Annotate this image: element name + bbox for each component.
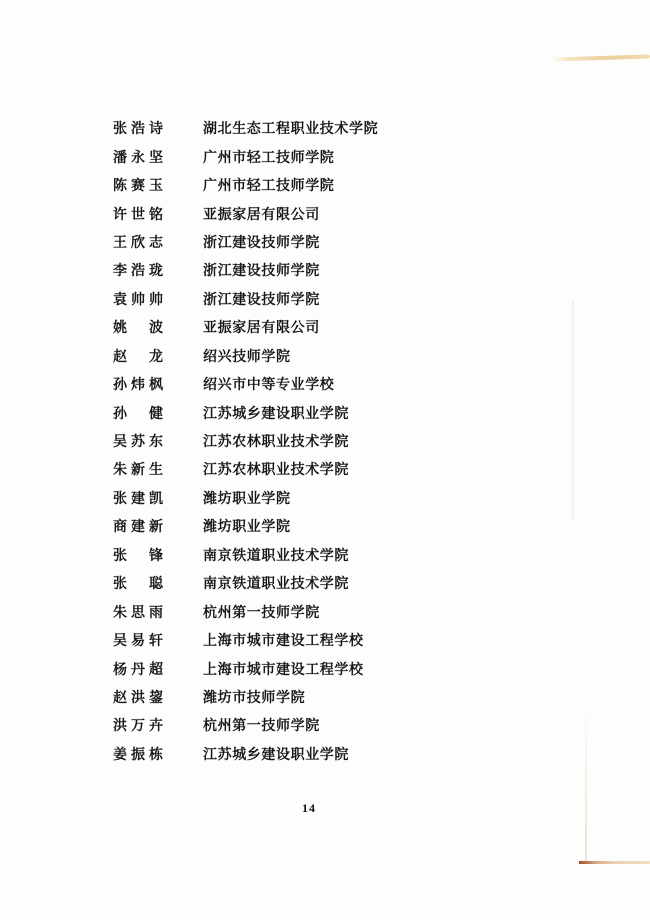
institution-name: 上海市城市建设工程学校 xyxy=(203,630,364,650)
roster-row: 许世铭 亚振家居有限公司 xyxy=(113,199,378,227)
person-name: 袁帅帅 xyxy=(113,289,203,309)
roster-row: 姜振栋 江苏城乡建设职业学院 xyxy=(113,740,378,768)
roster-row: 赵洪鋆 潍坊市技师学院 xyxy=(113,683,378,711)
scan-mark-vertical-faint xyxy=(572,300,574,520)
person-name: 姚 波 xyxy=(113,317,203,337)
institution-name: 南京铁道职业技术学院 xyxy=(203,545,349,565)
institution-name: 广州市轻工技师学院 xyxy=(203,147,334,167)
person-name: 赵洪鋆 xyxy=(113,687,203,707)
roster-row: 潘永坚 广州市轻工技师学院 xyxy=(113,142,378,170)
institution-name: 南京铁道职业技术学院 xyxy=(203,573,349,593)
institution-name: 浙江建设技师学院 xyxy=(203,232,320,252)
roster-row: 杨丹超 上海市城市建设工程学校 xyxy=(113,654,378,682)
scan-mark-bottom-right xyxy=(579,861,650,864)
person-name: 潘永坚 xyxy=(113,147,203,167)
institution-name: 上海市城市建设工程学校 xyxy=(203,659,364,679)
roster-row: 洪万卉 杭州第一技师学院 xyxy=(113,711,378,739)
roster-list: 张浩诗 湖北生态工程职业技术学院 潘永坚 广州市轻工技师学院 陈赛玉 广州市轻工… xyxy=(113,114,378,768)
roster-row: 商建新 潍坊职业学院 xyxy=(113,512,378,540)
roster-row: 张 聪 南京铁道职业技术学院 xyxy=(113,569,378,597)
institution-name: 浙江建设技师学院 xyxy=(203,289,320,309)
roster-row: 吴易轩 上海市城市建设工程学校 xyxy=(113,626,378,654)
roster-row: 张建凯 潍坊职业学院 xyxy=(113,484,378,512)
roster-row: 孙 健 江苏城乡建设职业学院 xyxy=(113,398,378,426)
roster-row: 陈赛玉 广州市轻工技师学院 xyxy=(113,171,378,199)
person-name: 张浩诗 xyxy=(113,118,203,138)
person-name: 吴苏东 xyxy=(113,431,203,451)
institution-name: 湖北生态工程职业技术学院 xyxy=(203,118,378,138)
person-name: 吴易轩 xyxy=(113,630,203,650)
roster-row: 张浩诗 湖北生态工程职业技术学院 xyxy=(113,114,378,142)
institution-name: 亚振家居有限公司 xyxy=(203,317,320,337)
document-page: 张浩诗 湖北生态工程职业技术学院 潘永坚 广州市轻工技师学院 陈赛玉 广州市轻工… xyxy=(0,0,650,920)
institution-name: 江苏农林职业技术学院 xyxy=(203,459,349,479)
roster-row: 孙炜枫 绍兴市中等专业学校 xyxy=(113,370,378,398)
person-name: 商建新 xyxy=(113,516,203,536)
scan-mark-vertical-right xyxy=(585,700,587,861)
institution-name: 江苏农林职业技术学院 xyxy=(203,431,349,451)
institution-name: 广州市轻工技师学院 xyxy=(203,175,334,195)
person-name: 陈赛玉 xyxy=(113,175,203,195)
person-name: 洪万卉 xyxy=(113,715,203,735)
person-name: 许世铭 xyxy=(113,204,203,224)
institution-name: 亚振家居有限公司 xyxy=(203,204,320,224)
roster-row: 赵 龙 绍兴技师学院 xyxy=(113,342,378,370)
person-name: 李浩珑 xyxy=(113,260,203,280)
roster-row: 姚 波 亚振家居有限公司 xyxy=(113,313,378,341)
institution-name: 绍兴市中等专业学校 xyxy=(203,374,334,394)
roster-row: 朱新生 江苏农林职业技术学院 xyxy=(113,455,378,483)
person-name: 朱思雨 xyxy=(113,602,203,622)
person-name: 王欣志 xyxy=(113,232,203,252)
roster-row: 朱思雨 杭州第一技师学院 xyxy=(113,597,378,625)
institution-name: 杭州第一技师学院 xyxy=(203,602,320,622)
institution-name: 潍坊职业学院 xyxy=(203,488,291,508)
person-name: 张 锋 xyxy=(113,545,203,565)
person-name: 姜振栋 xyxy=(113,744,203,764)
scan-mark-top-right xyxy=(552,54,650,61)
person-name: 朱新生 xyxy=(113,459,203,479)
institution-name: 潍坊职业学院 xyxy=(203,516,291,536)
person-name: 孙炜枫 xyxy=(113,374,203,394)
person-name: 孙 健 xyxy=(113,403,203,423)
institution-name: 江苏城乡建设职业学院 xyxy=(203,744,349,764)
roster-row: 李浩珑 浙江建设技师学院 xyxy=(113,256,378,284)
person-name: 张建凯 xyxy=(113,488,203,508)
institution-name: 潍坊市技师学院 xyxy=(203,687,305,707)
institution-name: 浙江建设技师学院 xyxy=(203,260,320,280)
institution-name: 杭州第一技师学院 xyxy=(203,715,320,735)
person-name: 杨丹超 xyxy=(113,659,203,679)
page-number: 14 xyxy=(292,801,326,816)
institution-name: 江苏城乡建设职业学院 xyxy=(203,403,349,423)
roster-row: 王欣志 浙江建设技师学院 xyxy=(113,228,378,256)
person-name: 赵 龙 xyxy=(113,346,203,366)
roster-row: 袁帅帅 浙江建设技师学院 xyxy=(113,285,378,313)
roster-row: 张 锋 南京铁道职业技术学院 xyxy=(113,541,378,569)
institution-name: 绍兴技师学院 xyxy=(203,346,291,366)
roster-row: 吴苏东 江苏农林职业技术学院 xyxy=(113,427,378,455)
person-name: 张 聪 xyxy=(113,573,203,593)
